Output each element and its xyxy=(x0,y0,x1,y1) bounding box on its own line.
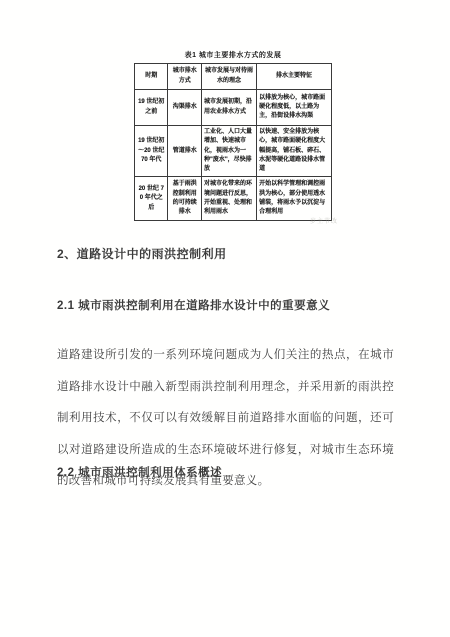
cell-method: 管道排水 xyxy=(168,126,201,177)
table-row: 20 世纪 70 年代之后 基于雨洪控制利用的可持续排水 对城市化带来的环境问题… xyxy=(135,177,332,221)
header-concept: 城市发展与对待雨水的理念 xyxy=(201,64,256,90)
drainage-table: 时期 城市排水方式 城市发展与对待雨水的理念 排水主要特征 19 世纪初之前 沟… xyxy=(134,63,332,221)
table-caption: 表1 城市主要排水方式的发展 xyxy=(134,50,332,60)
cell-features: 以排放为核心，城市路面硬化程度低，以土路为主，沿街设排水沟渠 xyxy=(257,90,332,126)
cell-method: 沟渠排水 xyxy=(168,90,201,126)
cell-concept: 对城市化带来的环境问题进行反思，开始重视、处理和利用雨水 xyxy=(201,177,256,221)
table-row: 19 世纪初之前 沟渠排水 城市发展初期，沿用农业排水方式 以排放为核心，城市路… xyxy=(135,90,332,126)
drainage-table-block: 表1 城市主要排水方式的发展 时期 城市排水方式 城市发展与对待雨水的理念 排水… xyxy=(134,50,332,221)
section-heading-2-1: 2.1 城市雨洪控制利用在道路排水设计中的重要意义 xyxy=(57,297,394,313)
document-page: { "table": { "title": "表1 城市主要排水方式的发展", … xyxy=(0,0,450,637)
section-heading-2: 2、道路设计中的雨洪控制利用 xyxy=(57,245,394,262)
section-heading-2-2: 2.2 城市雨洪控制利用体系概述 xyxy=(57,464,394,480)
header-period: 时期 xyxy=(135,64,168,90)
header-features: 排水主要特征 xyxy=(257,64,332,90)
cell-features: 开始以科学管理和调控雨洪为核心，部分使用透水铺装，将雨水予以沉淀与合理利用 xyxy=(257,177,332,221)
cell-period: 20 世纪 70 年代之后 xyxy=(135,177,168,221)
cell-period: 19 世纪初～20 世纪 70 年代 xyxy=(135,126,168,177)
cell-concept: 城市发展初期，沿用农业排水方式 xyxy=(201,90,256,126)
cell-period: 19 世纪初之前 xyxy=(135,90,168,126)
header-method: 城市排水方式 xyxy=(168,64,201,90)
cell-features: 以快速、安全排放为核心，城市路面硬化程度大幅提高，铺石板、碎石、水泥等硬化道路设… xyxy=(257,126,332,177)
cell-method: 基于雨洪控制利用的可持续排水 xyxy=(168,177,201,221)
table-header-row: 时期 城市排水方式 城市发展与对待雨水的理念 排水主要特征 xyxy=(135,64,332,90)
cell-concept: 工业化、人口大量增加、快速城市化，视雨水为一种"废水"，尽快排放 xyxy=(201,126,256,177)
table-row: 19 世纪初～20 世纪 70 年代 管道排水 工业化、人口大量增加、快速城市化… xyxy=(135,126,332,177)
